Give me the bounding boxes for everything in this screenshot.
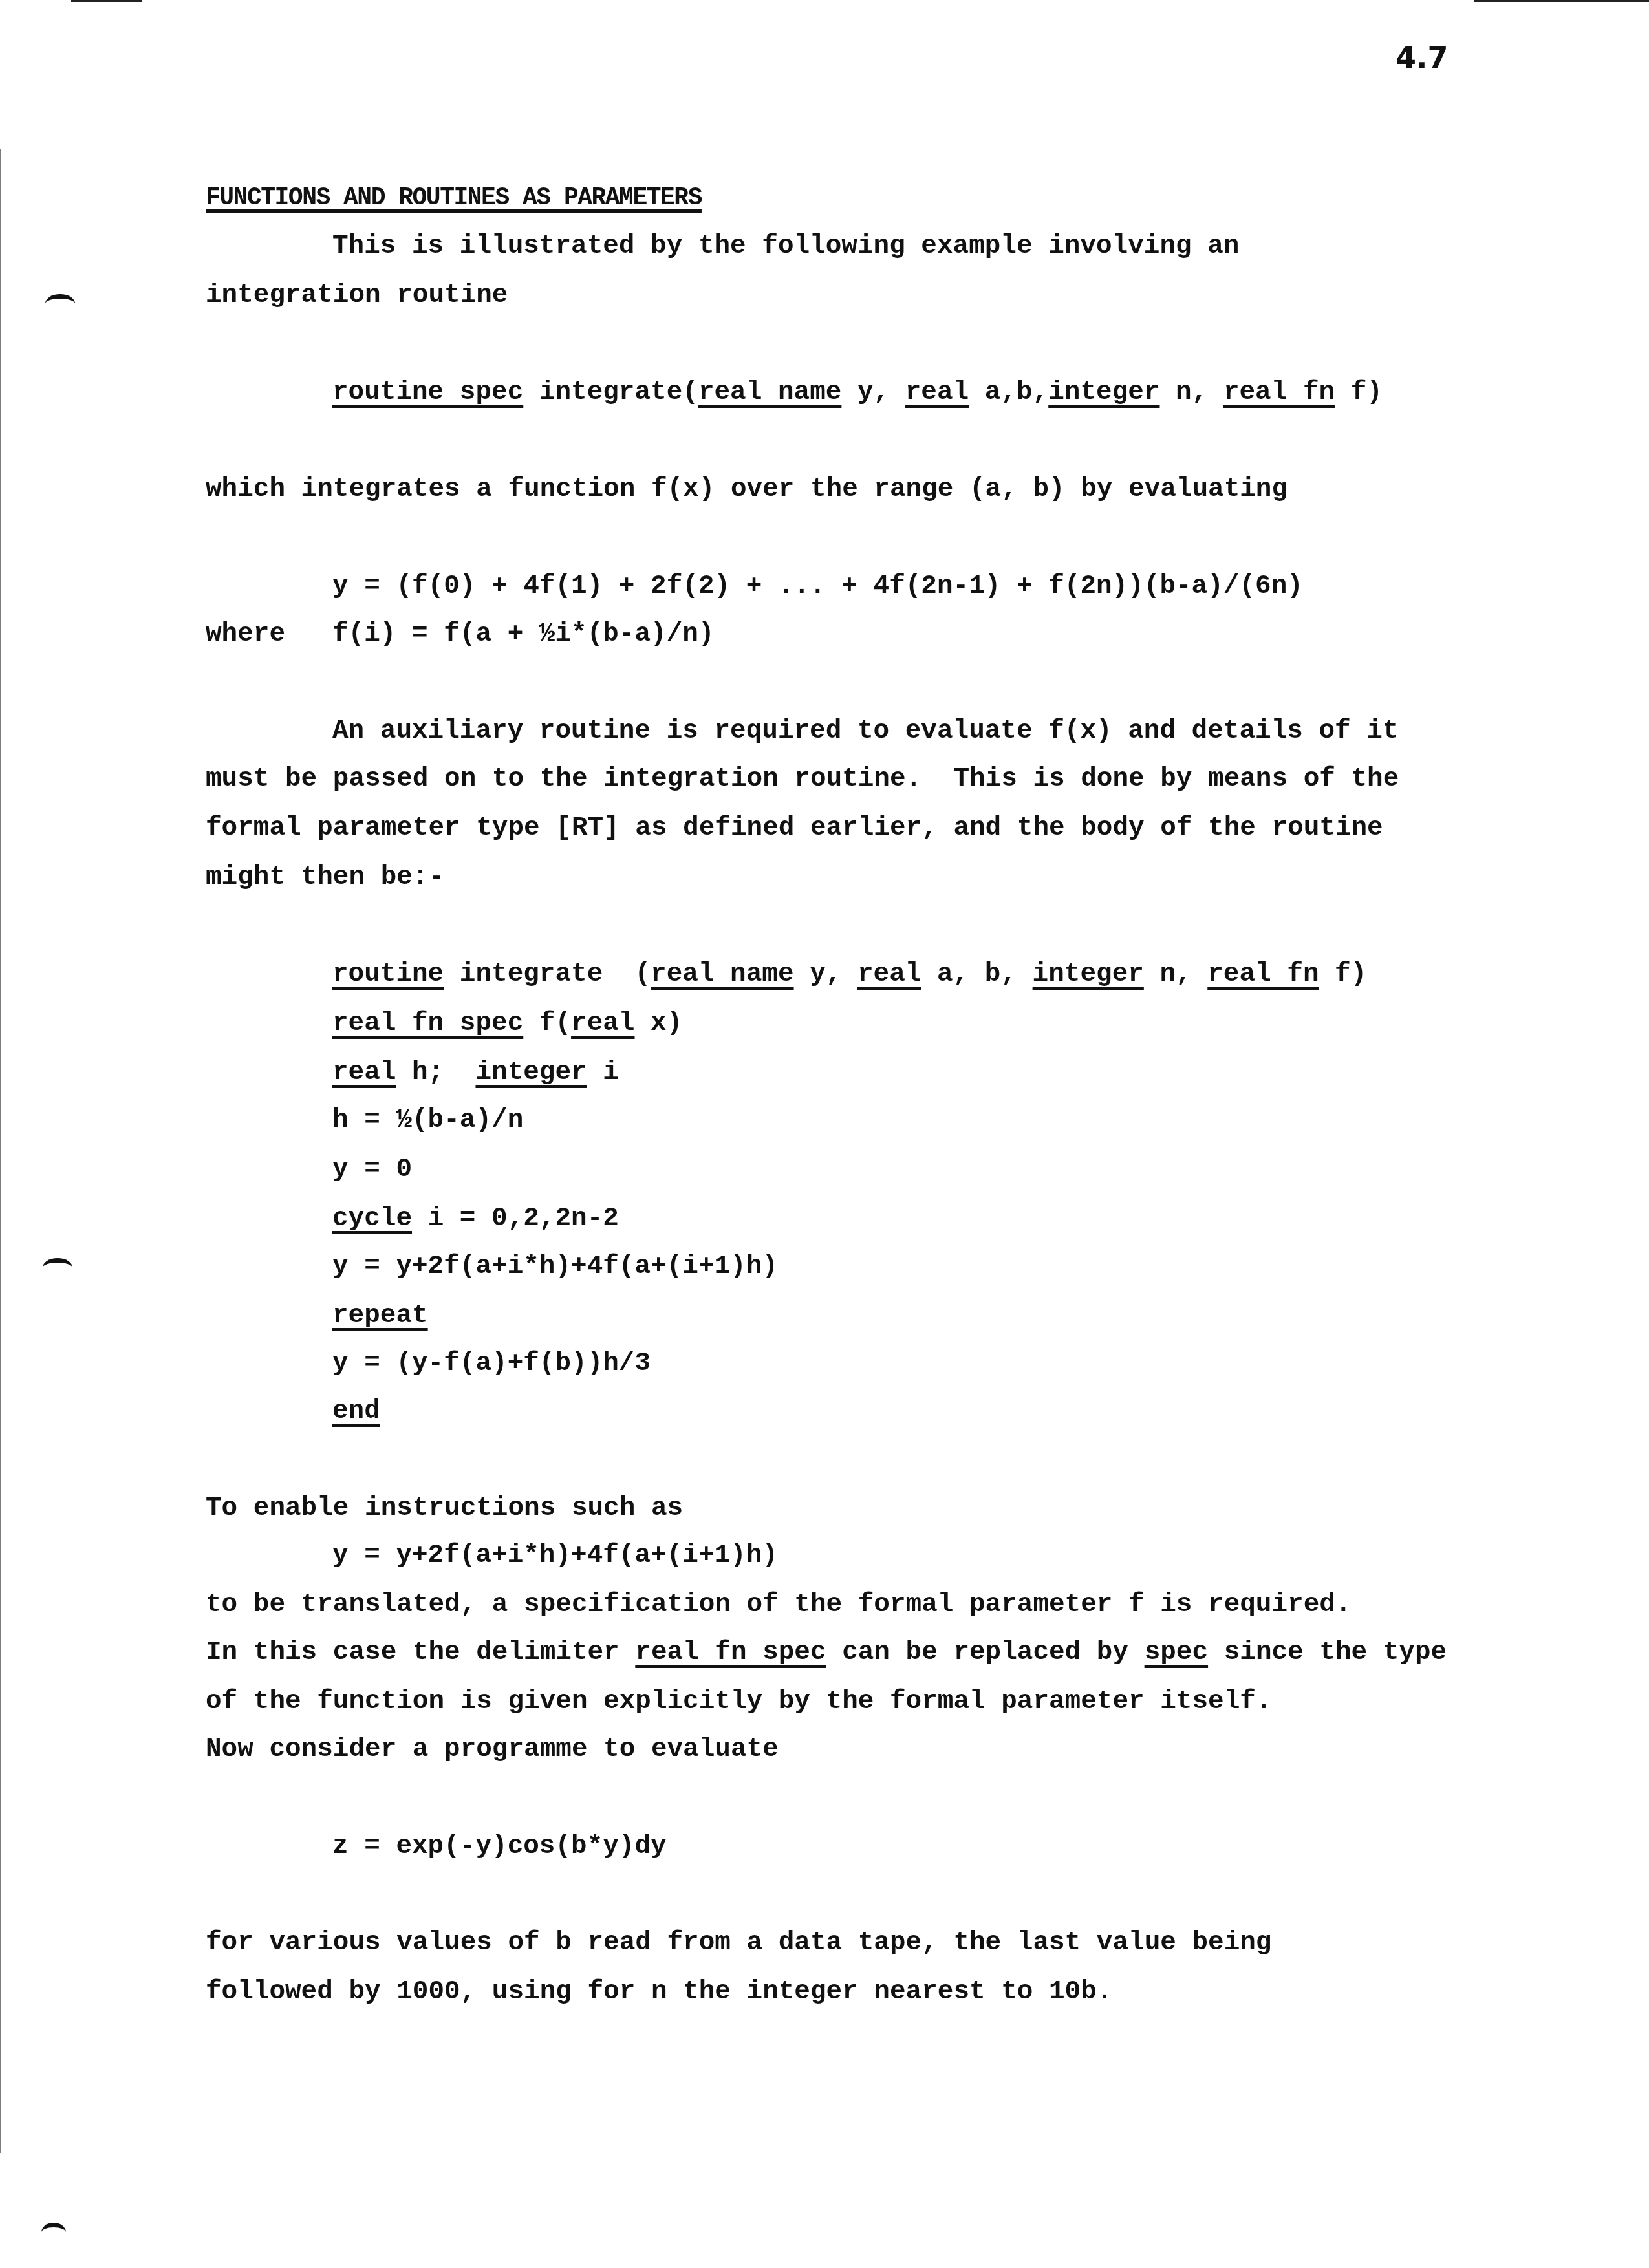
code-line: cycle i = 0,2,2n-2 [332,1203,619,1235]
keyword: real fn spec [332,1009,523,1038]
keyword: routine spec [332,378,523,407]
keyword: real fn [1207,959,1319,989]
keyword: real name [651,959,793,989]
text-line: Now consider a programme to evaluate [206,1733,779,1766]
text-line: This is illustrated by the following exa… [332,230,1239,262]
text-segment: to be translated, a specification of the… [206,1590,1352,1620]
scan-edge-line [1474,0,1649,2]
punch-hole-mark-icon [45,294,75,313]
code-line: end [332,1395,380,1428]
text-segment: a, b, [921,959,1032,989]
text-line: which integrates a function f(x) over th… [206,473,1288,506]
code-line: routine integrate (real name y, real a, … [332,958,1366,990]
keyword: integer [1033,959,1144,989]
text-line: An auxiliary routine is required to eval… [332,715,1398,747]
text-segment: f) [1319,959,1367,989]
text-segment: n, [1144,959,1207,989]
keyword: real [857,959,921,989]
text-segment: must be passed on to the integration rou… [206,764,1399,794]
text-line: of the function is given explicitly by t… [206,1685,1271,1718]
text-segment: i = 0,2,2n-2 [412,1204,619,1234]
text-segment: y, [841,378,905,407]
page-number: 4.7 [1396,40,1449,75]
punch-hole-mark-icon [43,1258,72,1277]
text-line: followed by 1000, using for n the intege… [206,1976,1112,2008]
text-segment: followed by 1000, using for n the intege… [206,1977,1112,2007]
document-page: 4.7 FUNCTIONS AND ROUTINES AS PARAMETERS… [0,0,1649,2268]
text-segment: i [587,1058,619,1087]
keyword: real fn spec [635,1638,826,1667]
text-segment: y = y+2f(a+i*h)+4f(a+(i+1)h) [332,1252,778,1281]
code-line: real h; integer i [332,1056,619,1089]
text-segment: since the type [1208,1638,1447,1667]
keyword: real [332,1058,396,1087]
text-segment: integrate ( [444,959,651,989]
text-line: to be translated, a specification of the… [206,1589,1352,1621]
text-segment: f( [523,1009,571,1038]
text-line: To enable instructions such as [206,1492,683,1524]
scan-edge-line [71,0,142,2]
keyword: repeat [332,1301,428,1331]
punch-hole-mark-icon [41,2223,66,2241]
text-segment: x) [634,1009,682,1038]
text-segment: of the function is given explicitly by t… [206,1687,1271,1717]
keyword: cycle [332,1204,412,1234]
text-segment: y = y+2f(a+i*h)+4f(a+(i+1)h) [332,1541,778,1570]
code-line: y = 0 [332,1153,412,1186]
code-line: real fn spec f(real x) [332,1007,682,1040]
keyword: real [905,378,969,407]
text-segment: y = 0 [332,1155,412,1184]
code-line: repeat [332,1300,428,1332]
text-line: for various values of b read from a data… [206,1927,1271,1959]
text-segment: formal parameter type [RT] as defined ea… [206,813,1383,843]
text-line: must be passed on to the integration rou… [206,763,1399,795]
keyword: end [332,1396,380,1426]
text-segment: z = exp(-y)cos(b*y)dy [332,1832,667,1861]
text-segment: n, [1159,378,1223,407]
text-line: where [206,618,285,650]
text-segment: which integrates a function f(x) over th… [206,475,1288,504]
text-line: might then be:- [206,861,444,893]
text-segment: In this case the delimiter [206,1638,635,1667]
text-line: y = y+2f(a+i*h)+4f(a+(i+1)h) [332,1539,778,1572]
text-segment: can be replaced by [826,1638,1145,1667]
code-line: h = ½(b-a)/n [332,1104,523,1137]
text-segment: where [206,619,285,649]
text-segment: h = ½(b-a)/n [332,1106,523,1135]
keyword: real [571,1009,634,1038]
text-line: y = (f(0) + 4f(1) + 2f(2) + ... + 4f(2n-… [332,570,1303,603]
text-segment: for various values of b read from a data… [206,1928,1271,1958]
text-segment: might then be:- [206,862,444,892]
text-segment: h; [396,1058,475,1087]
text-segment: y, [794,959,857,989]
text-segment: To enable instructions such as [206,1493,683,1523]
text-segment: integration routine [206,281,508,310]
keyword: real name [698,378,841,407]
code-line: y = y+2f(a+i*h)+4f(a+(i+1)h) [332,1250,778,1283]
keyword: spec [1145,1638,1208,1667]
section-heading: FUNCTIONS AND ROUTINES AS PARAMETERS [206,182,702,215]
text-segment: f(i) = f(a + ½i*(b-a)/n) [332,619,715,649]
text-segment: Now consider a programme to evaluate [206,1735,779,1764]
text-segment: a,b, [969,378,1048,407]
text-line: formal parameter type [RT] as defined ea… [206,812,1383,844]
text-segment: integrate( [523,378,698,407]
scan-edge-line [0,149,1,2153]
text-line: z = exp(-y)cos(b*y)dy [332,1830,667,1863]
text-line: routine spec integrate(real name y, real… [332,376,1383,409]
keyword: routine [332,959,444,989]
text-segment: f) [1335,378,1383,407]
text-segment: y = (f(0) + 4f(1) + 2f(2) + ... + 4f(2n-… [332,572,1303,601]
keyword: real fn [1223,378,1335,407]
text-segment: An auxiliary routine is required to eval… [332,716,1398,746]
text-line: integration routine [206,279,508,312]
text-line: f(i) = f(a + ½i*(b-a)/n) [332,618,715,650]
text-segment: y = (y-f(a)+f(b))h/3 [332,1349,651,1378]
code-line: y = (y-f(a)+f(b))h/3 [332,1347,651,1380]
text-segment: This is illustrated by the following exa… [332,231,1239,261]
keyword: integer [475,1058,587,1087]
text-line: In this case the delimiter real fn spec … [206,1636,1447,1669]
keyword: integer [1048,378,1159,407]
